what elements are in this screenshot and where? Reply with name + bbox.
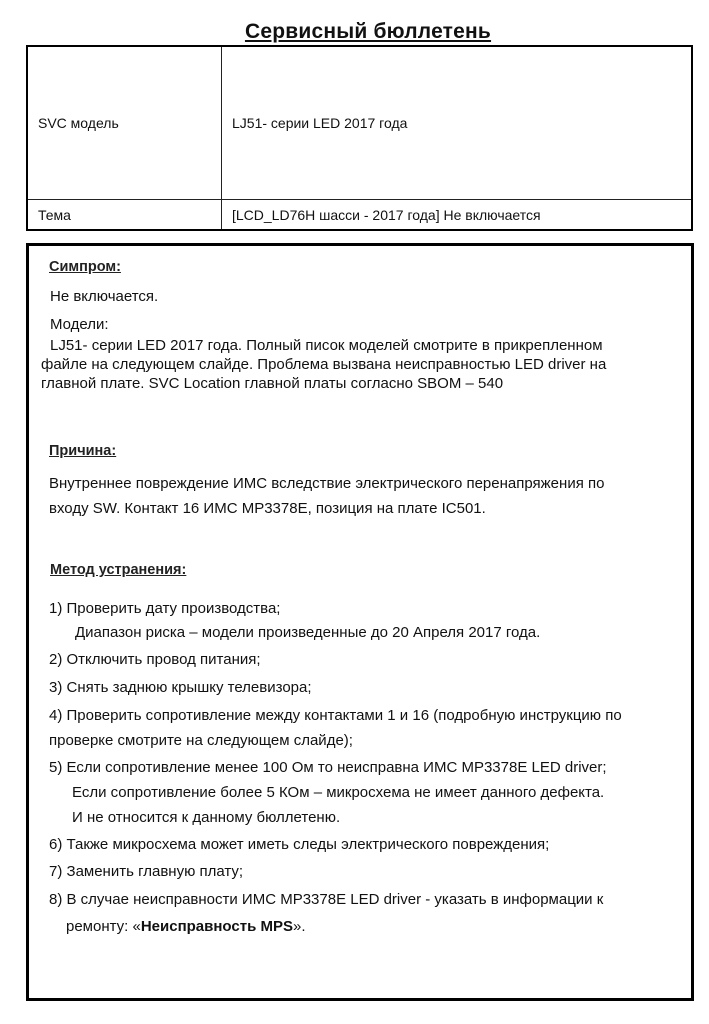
remedy-step-1-note: Диапазон риска – модели произведенные до…: [75, 624, 540, 641]
models-text-line-3: главной плате. SVC Location главной плат…: [41, 375, 503, 392]
cause-text-line-2: входу SW. Контакт 16 ИМС MP3378E, позици…: [49, 500, 486, 517]
remedy-step-5: 5) Если сопротивление менее 100 Ом то не…: [49, 759, 607, 776]
model-label: SVC модель: [27, 46, 222, 200]
remedy-step-8-line-1: 8) В случае неисправности ИМС MP3378E LE…: [49, 891, 603, 908]
topic-value: [LCD_LD76H шасси - 2017 года] Не включае…: [222, 200, 693, 231]
info-table: SVC модель LJ51- серии LED 2017 года Тем…: [26, 45, 693, 231]
remedy-step-2: 2) Отключить провод питания;: [49, 651, 261, 668]
symptom-text: Не включается.: [50, 288, 158, 305]
document-title: Сервисный бюллетень: [0, 20, 709, 44]
remedy-step-8-prefix: ремонту: «: [66, 918, 141, 935]
models-text-line-1: LJ51- серии LED 2017 года. Полный писок …: [50, 337, 603, 354]
remedy-step-5-note-1: Если сопротивление более 5 КОм – микросх…: [72, 784, 604, 801]
models-text-line-2: файле на следующем слайде. Проблема вызв…: [41, 356, 606, 373]
cause-text-line-1: Внутреннее повреждение ИМС вследствие эл…: [49, 475, 604, 492]
remedy-heading: Метод устранения:: [50, 562, 186, 578]
fault-code-label: Неисправность MPS: [141, 918, 293, 935]
remedy-step-1: 1) Проверить дату производства;: [49, 600, 280, 617]
symptom-heading: Симпром:: [49, 259, 121, 275]
cause-heading: Причина:: [49, 443, 116, 459]
table-row-topic: Тема [LCD_LD76H шасси - 2017 года] Не вк…: [27, 200, 692, 231]
remedy-step-8-line-2: ремонту: «Неисправность MPS».: [66, 918, 306, 935]
remedy-step-4-line-2: проверке смотрите на следующем слайде);: [49, 732, 353, 749]
remedy-step-6: 6) Также микросхема может иметь следы эл…: [49, 836, 549, 853]
model-value: LJ51- серии LED 2017 года: [222, 46, 693, 200]
remedy-step-7: 7) Заменить главную плату;: [49, 863, 243, 880]
remedy-step-3: 3) Снять заднюю крышку телевизора;: [49, 679, 312, 696]
remedy-step-8-suffix: ».: [293, 918, 306, 935]
remedy-step-5-note-2: И не относится к данному бюллетеню.: [72, 809, 340, 826]
table-row-model: SVC модель LJ51- серии LED 2017 года: [27, 46, 692, 200]
models-label: Модели:: [50, 316, 109, 333]
topic-label: Тема: [27, 200, 222, 231]
remedy-step-4-line-1: 4) Проверить сопротивление между контакт…: [49, 707, 622, 724]
